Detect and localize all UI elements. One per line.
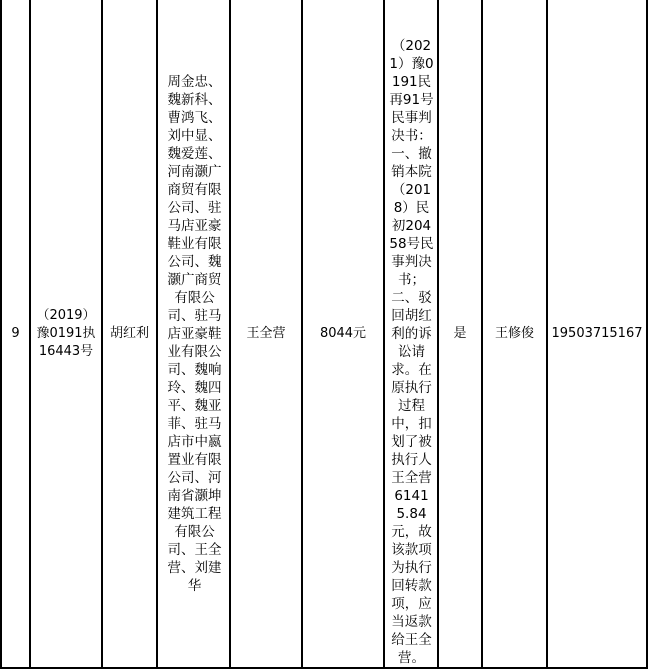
basis-cell: （2021）豫0191民再91号民事判决书：一、撤销本院（2018）民初2045… [384,0,438,668]
phone: 19503715167 [552,326,643,341]
phone-cell: 19503715167 [547,0,647,668]
case-number-cell: （2019）豫0191执16443号 [30,0,102,668]
returnee: 王全营 [246,326,285,341]
row-index-text: 9 [11,326,19,341]
judge-cell: 王修俊 [482,0,547,668]
flag-cell: 是 [438,0,482,668]
respondents-cell: 周金忠、魏新科、曹鸿飞、刘中显、魏爱莲、河南灏广商贸有限公司、驻马店亚豪鞋业有限… [157,0,230,668]
returnee-cell: 王全营 [230,0,302,668]
row-index: 9 [1,0,30,668]
basis: （2021）豫0191民再91号民事判决书：一、撤销本院（2018）民初2045… [389,38,433,666]
amount-cell: 8044元 [302,0,384,668]
amount: 8044元 [320,326,366,341]
respondents: 周金忠、魏新科、曹鸿飞、刘中显、魏爱莲、河南灏广商贸有限公司、驻马店亚豪鞋业有限… [168,74,222,594]
case-number: （2019）豫0191执16443号 [36,308,95,359]
judge: 王修俊 [495,326,534,341]
table-row: 9 （2019）豫0191执16443号 胡红利 周金忠、魏新科、曹鸿飞、刘中显… [1,0,647,668]
flag: 是 [453,326,466,341]
case-table: 9 （2019）豫0191执16443号 胡红利 周金忠、魏新科、曹鸿飞、刘中显… [0,0,648,669]
applicant: 胡红利 [110,326,149,341]
applicant-cell: 胡红利 [102,0,157,668]
